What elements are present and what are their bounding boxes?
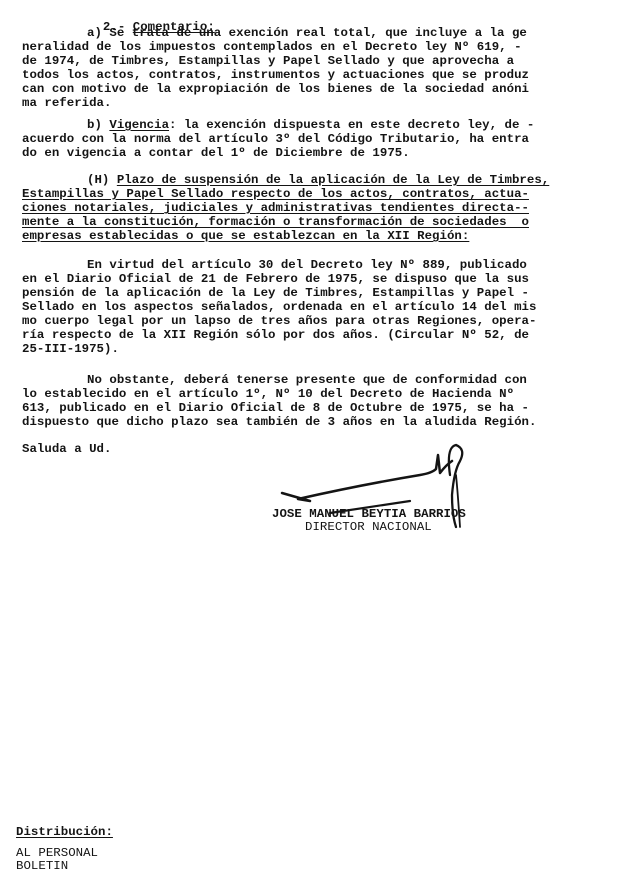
text-line: mente a la constitución, formación o tra… [22,215,529,229]
text-line: a) Se trata de una exención real total, … [87,26,527,40]
text-line: 25-III-1975). [22,342,119,356]
text-line: todos los actos, contratos, instrumentos… [22,68,529,82]
text-line: acuerdo con la norma del artículo 3º del… [22,132,529,146]
text-line: No obstante, deberá tenerse presente que… [87,373,527,387]
paragraph-h-prefix: (H) [87,173,117,187]
text-line: mo cuerpo legal por un lapso de tres año… [22,314,536,328]
text-line: lo establecido en el artículo 1º, Nº 10 … [22,387,514,401]
signatory-name: JOSE MANUEL BEYTIA BARRIOS [272,507,466,521]
text-line: do en vigencia a contar del 1º de Diciem… [22,146,410,160]
text-line: Estampillas y Papel Sellado respecto de … [22,187,529,201]
text-line: ría respecto de la XII Región sólo por d… [22,328,529,342]
distribution-item: BOLETIN [16,859,68,873]
text-line: en el Diario Oficial de 21 de Febrero de… [22,272,529,286]
signatory-title: DIRECTOR NACIONAL [305,520,432,534]
text-line: ma referida. [22,96,111,110]
paragraph-b-rest: : la exención dispuesta en este decreto … [169,118,534,132]
text-line: Sellado en los aspectos señalados, orden… [22,300,536,314]
paragraph-h-heading: Plazo de suspensión de la aplicación de … [117,173,549,187]
text-line: ciones notariales, judiciales y administ… [22,201,529,215]
closing-salutation: Saluda a Ud. [22,442,111,456]
text-line: empresas establecidas o que se establezc… [22,229,469,243]
text-line: En virtud del artículo 30 del Decreto le… [87,258,527,272]
distribution-item: AL PERSONAL [16,846,98,860]
paragraph-b-prefix: b) [87,118,109,132]
text-line: pensión de la aplicación de la Ley de Ti… [22,286,529,300]
vigencia-label: Vigencia [109,118,169,132]
distribution-heading: Distribución: [16,825,113,839]
text-line: de 1974, de Timbres, Estampillas y Papel… [22,54,514,68]
text-line: b) Vigencia: la exención dispuesta en es… [87,118,534,132]
text-line: (H) Plazo de suspensión de la aplicación… [87,173,549,187]
text-line: can con motivo de la expropiación de los… [22,82,529,96]
text-line: dispuesto que dicho plazo sea también de… [22,415,536,429]
text-line: neralidad de los impuestos contemplados … [22,40,522,54]
text-line: 613, publicado en el Diario Oficial de 8… [22,401,529,415]
